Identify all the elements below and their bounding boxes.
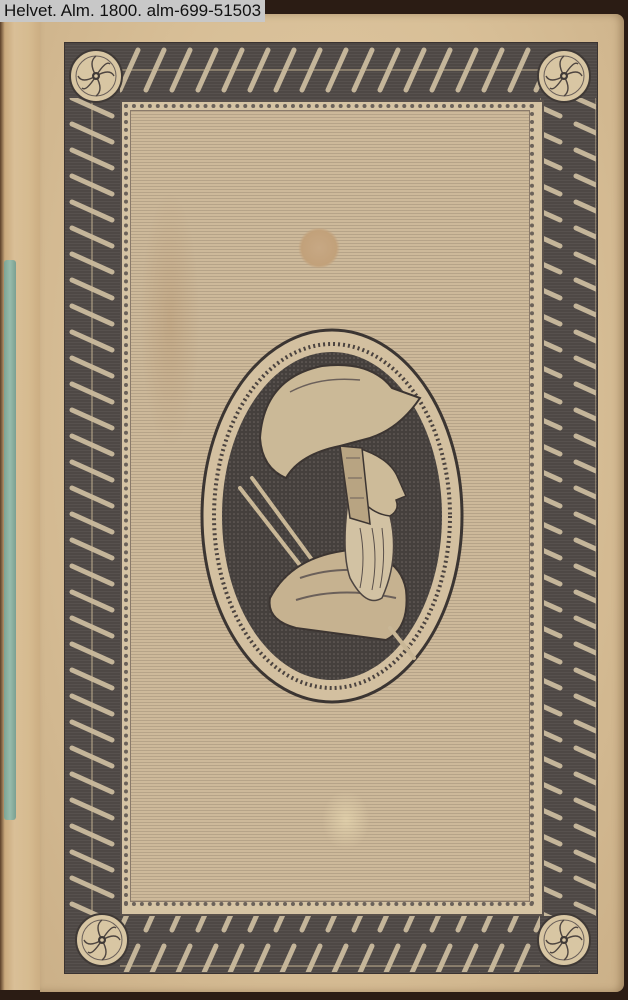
rosette-bottom-left-icon: [74, 912, 130, 968]
image-caption: Helvet. Alm. 1800. alm-699-51503: [0, 0, 265, 22]
rosette-top-right-icon: [536, 48, 592, 104]
spine-cloth-strip: [4, 260, 16, 820]
rosette-bottom-right-icon: [536, 912, 592, 968]
warrior-portrait-cameo: [200, 328, 464, 704]
rosette-top-left-icon: [68, 48, 124, 104]
water-stain: [140, 190, 200, 450]
paper-stain: [298, 228, 340, 268]
paper-stain-lower: [322, 790, 370, 850]
